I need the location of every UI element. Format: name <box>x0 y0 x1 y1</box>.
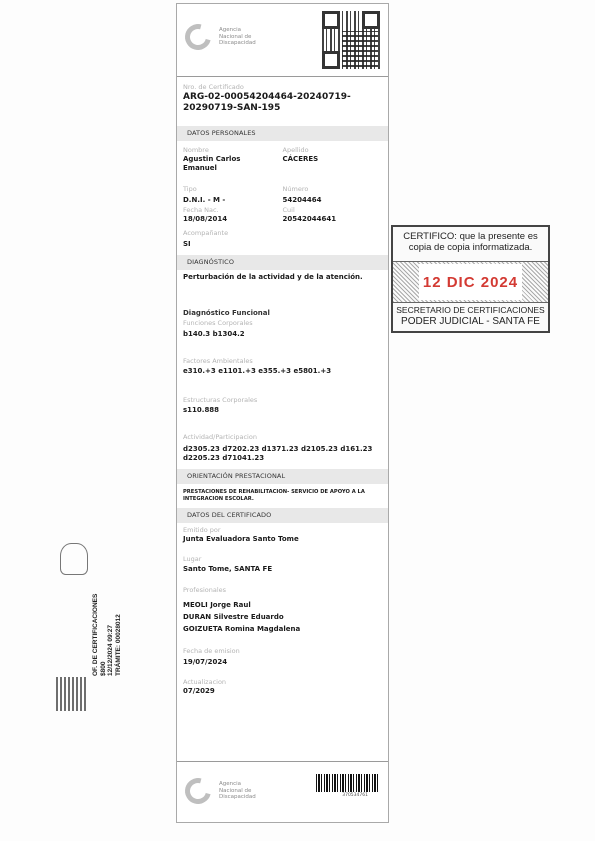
emitido-label: Emitido por <box>183 526 382 535</box>
side-stamp: OF. DE CERTIFICACIONES $800 12/12/2024 0… <box>52 541 112 716</box>
lugar-value: Santo Tome, SANTA FE <box>183 565 382 574</box>
agency-name-3: Discapacidad <box>219 40 256 47</box>
apellido-label: Apellido <box>283 146 383 155</box>
funciones-value: b140.3 b1304.2 <box>183 330 382 339</box>
fecha-nac-label: Fecha Nac. <box>183 206 283 215</box>
profesional-3: GOIZUETA Romina Magdalena <box>183 623 382 635</box>
stamp-line-1: CERTIFICO: que la presente es <box>397 231 544 242</box>
footer-agency-logo: Agencia Nacional de Discapacidad <box>185 778 256 804</box>
footer-agency-name-3: Discapacidad <box>219 794 256 801</box>
factores-value: e310.+3 e1101.+3 e355.+3 e5801.+3 <box>183 367 382 376</box>
diagnostico-funcional-title: Diagnóstico Funcional <box>183 309 382 318</box>
profesional-2: DURAN Silvestre Eduardo <box>183 611 382 623</box>
qr-code-icon <box>322 11 380 69</box>
side-stamp-line-4: TRÁMITE: 00028012 <box>115 594 123 676</box>
factores-label: Factores Ambientales <box>183 357 382 366</box>
profesional-1: MEOLI Jorge Raul <box>183 599 382 611</box>
coat-of-arms-icon <box>60 543 88 575</box>
funciones-label: Funciones Corporales <box>183 319 382 328</box>
lugar-label: Lugar <box>183 555 382 564</box>
actualizacion-label: Actualizacion <box>183 678 382 687</box>
orientacion-text-1: PRESTACIONES DE REHABILITACION- SERVICIO… <box>183 489 382 496</box>
agency-logo: Agencia Nacional de Discapacidad <box>185 24 256 50</box>
barcode-number: 370534761 <box>342 793 368 798</box>
barcode-icon <box>316 774 378 792</box>
certificate-number-label: Nro. de Certificado <box>183 83 382 92</box>
diagnostico-text: Perturbación de la actividad y de la ate… <box>183 273 382 282</box>
side-qr-code-icon <box>56 677 86 711</box>
apellido-value: CÁCERES <box>283 155 383 164</box>
side-stamp-line-3: 12/12/2024 09:27 <box>107 594 115 676</box>
stamp-line-2: copia de copia informatizada. <box>397 242 544 253</box>
section-datos-certificado: DATOS DEL CERTIFICADO <box>177 508 388 523</box>
actividad-value-2: d2205.23 d71041.23 <box>183 454 382 463</box>
cuil-value: 20542044641 <box>283 215 383 224</box>
side-stamp-line-1: OF. DE CERTIFICACIONES <box>92 594 100 676</box>
disability-certificate: Agencia Nacional de Discapacidad Nro. de… <box>176 3 389 823</box>
orientacion-text-2: INTEGRACION ESCOLAR. <box>183 496 382 503</box>
fecha-nac-value: 18/08/2014 <box>183 215 283 224</box>
certificate-number-line2: 20290719-SAN-195 <box>183 103 382 114</box>
fecha-emision-value: 19/07/2024 <box>183 658 382 667</box>
cuil-label: Cuil <box>283 206 383 215</box>
stamp-date: 12 DIC 2024 <box>419 264 522 300</box>
numero-value: 54204464 <box>283 196 383 205</box>
actividad-value-1: d2305.23 d7202.23 d1371.23 d2105.23 d161… <box>183 445 382 454</box>
nombre-label: Nombre <box>183 146 283 155</box>
acompanante-label: Acompañante <box>183 229 382 238</box>
certificate-header: Agencia Nacional de Discapacidad <box>177 4 388 77</box>
fecha-emision-label: Fecha de emision <box>183 647 382 656</box>
section-diagnostico: DIAGNÓSTICO <box>177 255 388 270</box>
actividad-label: Actividad/Participacion <box>183 433 382 442</box>
stamp-line-4: PODER JUDICIAL - SANTA FE <box>393 316 548 328</box>
tipo-value: D.N.I. - M - <box>183 196 283 205</box>
certification-stamp: CERTIFICO: que la presente es copia de c… <box>391 225 550 333</box>
actualizacion-value: 07/2029 <box>183 687 382 696</box>
section-orientacion: ORIENTACIÓN PRESTACIONAL <box>177 469 388 484</box>
emitido-value: Junta Evaluadora Santo Tome <box>183 535 382 544</box>
tipo-label: Tipo <box>183 185 283 194</box>
profesionales-label: Profesionales <box>183 586 382 595</box>
certificate-number-line1: ARG-02-00054204464-20240719- <box>183 92 382 103</box>
estructuras-label: Estructuras Corporales <box>183 396 382 405</box>
certificate-footer: Agencia Nacional de Discapacidad 3705347… <box>177 761 388 822</box>
stamp-line-3: SECRETARIO DE CERTIFICACIONES <box>393 304 548 316</box>
numero-label: Número <box>283 185 383 194</box>
acompanante-value: SI <box>183 240 382 249</box>
nombre-value-2: Emanuel <box>183 164 283 173</box>
estructuras-value: s110.888 <box>183 406 382 415</box>
nombre-value-1: Agustin Carlos <box>183 155 283 164</box>
agency-ring-icon <box>180 19 216 55</box>
section-datos-personales: DATOS PERSONALES <box>177 126 388 141</box>
side-stamp-line-2: $800 <box>100 594 108 676</box>
footer-agency-ring-icon <box>180 773 216 809</box>
